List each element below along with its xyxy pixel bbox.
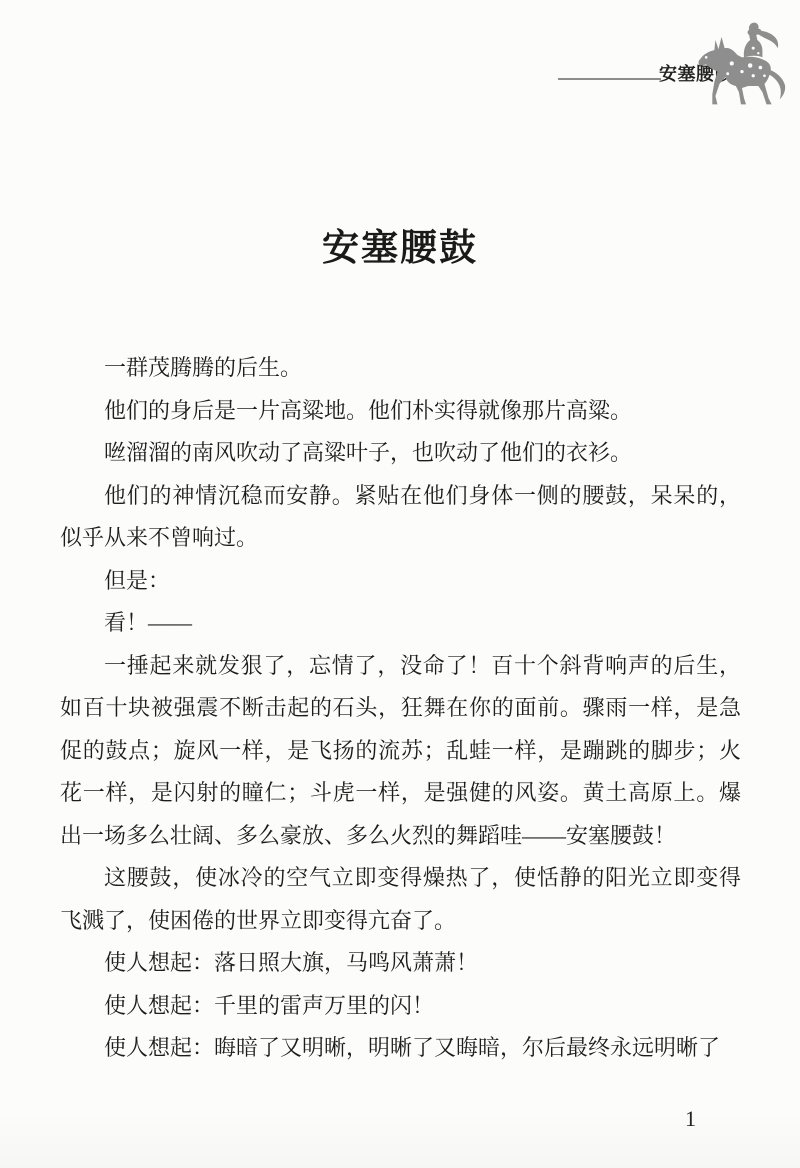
body-paragraph: 使人想起：落日照大旗，马鸣风萧萧！ [60,942,741,985]
horse-rider-papercut-icon [697,22,789,108]
book-page: 安塞腰鼓 安塞腰鼓 一群茂腾腾的后 [0,0,800,1168]
body-paragraph: 咝溜溜的南风吹动了高粱叶子，也吹动了他们的衣衫。 [60,432,741,475]
body-paragraph: 一捶起来就发狠了，忘情了，没命了！百十个斜背响声的后生，如百十块被强震不断击起的… [60,645,741,858]
body-paragraph: 看！—— [60,602,741,645]
body-paragraph: 他们的身后是一片高粱地。他们朴实得就像那片高粱。 [60,390,741,433]
header-rule-divider [558,78,661,80]
page-number: 1 [685,1106,696,1132]
body-paragraph: 使人想起：晦暗了又明晰，明晰了又晦暗，尔后最终永远明晰了 [60,1027,741,1070]
body-paragraph: 使人想起：千里的雷声万里的闪！ [60,985,741,1028]
body-text: 一群茂腾腾的后生。 他们的身后是一片高粱地。他们朴实得就像那片高粱。 咝溜溜的南… [60,347,741,1070]
page-title: 安塞腰鼓 [0,229,800,269]
body-paragraph: 一群茂腾腾的后生。 [60,347,741,390]
body-paragraph: 他们的神情沉稳而安静。紧贴在他们身体一侧的腰鼓，呆呆的，似乎从来不曾响过。 [60,475,741,560]
body-paragraph: 这腰鼓，使冰冷的空气立即变得燥热了，使恬静的阳光立即变得飞溅了，使困倦的世界立即… [60,857,741,942]
body-paragraph: 但是： [60,560,741,603]
